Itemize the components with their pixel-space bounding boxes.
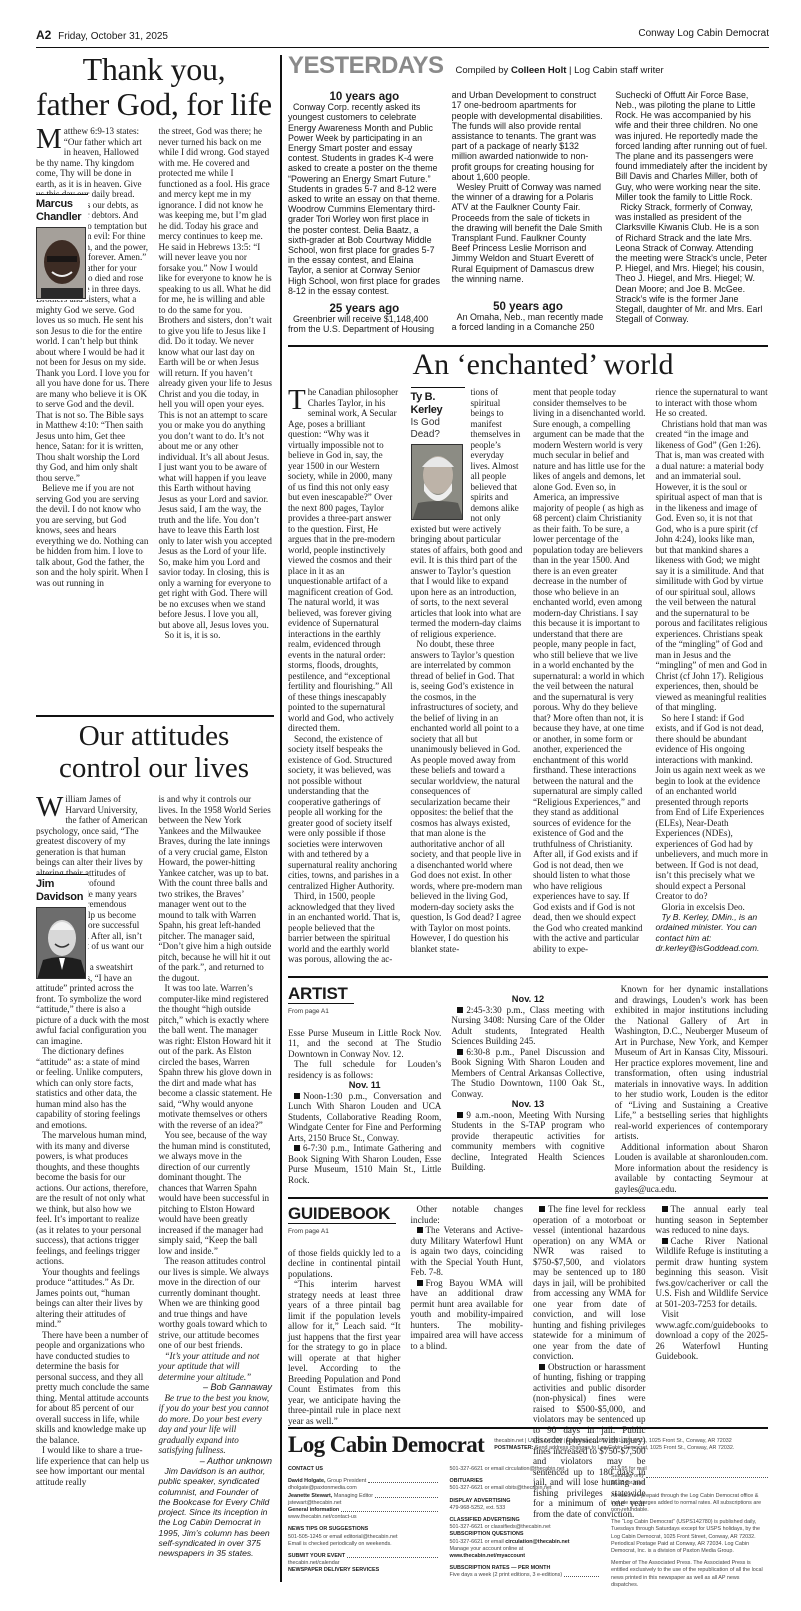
paragraph: An Omaha, Neb., man recently made a forc… <box>615 90 768 202</box>
section-divider <box>288 1427 768 1429</box>
contact-entry: General information <box>288 1507 438 1514</box>
yesterdays-column: An Omaha, Neb., man recently made a forc… <box>615 90 768 334</box>
bullet-icon <box>662 1238 668 1244</box>
contact-heading: OBITUARIES <box>450 1478 600 1485</box>
author-name: Ty B.Kerley <box>411 391 465 417</box>
bullet-icon <box>539 1364 545 1370</box>
article-enchanted-world: An ‘enchanted’ world The Canadian philos… <box>288 345 768 965</box>
newspaper-logo: Log Cabin Democrat <box>288 1432 484 1458</box>
paragraph: Believe me if you are not serving God yo… <box>36 483 150 588</box>
pull-quote: Be true to the best you know, if you do … <box>159 1393 273 1456</box>
article-attitudes: Our attitudes control our lives William … <box>36 720 272 1559</box>
contact-column: CONTACT US David Holgate, Group Presiden… <box>288 1466 438 1589</box>
artist-jump-story: ARTIST From page A1 Esse Purse Museum in… <box>288 984 768 1194</box>
paragraph: No doubt, these three answers to Taylor’… <box>411 639 524 954</box>
paragraph: The reason attitudes control our lives i… <box>159 1256 273 1351</box>
folio-paper-name: Conway Log Cabin Democrat <box>638 28 769 39</box>
bullet-icon <box>457 1049 463 1055</box>
paragraph: The full schedule for Louden’s residency… <box>288 1059 441 1080</box>
headline-line-1: Thank you, <box>83 51 226 87</box>
article-column: the street, God was there; he never turn… <box>159 126 273 641</box>
section-divider <box>288 976 768 978</box>
contact-text: 501-327-6621 or classifieds@thecabin.net <box>450 1524 600 1531</box>
postmaster-note: POSTMASTER: Send address changes to Log … <box>494 1445 734 1452</box>
page-number: A2 <box>36 28 51 42</box>
jump-label: GUIDEBOOK <box>288 1204 396 1224</box>
paragraph: Additional information about Sharon Loud… <box>615 1142 768 1195</box>
date-heading: Nov. 11 <box>288 1080 441 1091</box>
fine-print: Member of The Associated Press. The Asso… <box>611 1560 768 1589</box>
author-photo <box>36 907 86 979</box>
contact-heading: SUBSCRIPTION QUESTIONS <box>450 1531 600 1538</box>
paragraph: is and why it controls our lives. In the… <box>159 794 273 983</box>
yesterdays-column: 10 years ago Conway Corp. recently asked… <box>288 90 441 334</box>
paragraph: Third, in 1500, people acknowledged that… <box>288 891 401 965</box>
paragraph: of those fields quickly led to a decline… <box>288 1248 401 1280</box>
contact-heading: CLASSIFIED ADVERTISING <box>450 1517 600 1524</box>
contact-text: Manage your account online at www.thecab… <box>450 1546 600 1560</box>
quote-attribution: – Bob Gannaway <box>159 1382 273 1393</box>
years-ago-heading: 10 years ago <box>288 92 441 102</box>
paragraph: Greenbrier will receive $1,148,400 from … <box>288 314 441 334</box>
article-column: ment that people today consider themselv… <box>533 387 646 965</box>
contact-heading: DISPLAY ADVERTISING <box>450 1498 600 1505</box>
pull-quote: “It’s your attitude and not your aptitud… <box>159 1351 273 1383</box>
author-name: MarcusChandler <box>36 198 88 224</box>
quote-attribution: – Author unknown <box>159 1456 273 1467</box>
paragraph: Your thoughts and feelings produce “atti… <box>36 1267 150 1330</box>
notes-column: $13.95 for mail Saturday only $6.95 for … <box>611 1466 768 1589</box>
article-column: The Canadian philosopher Charles Taylor,… <box>288 387 401 965</box>
contact-entry: Jeanette Stewart, Managing Editor <box>288 1493 438 1500</box>
contact-entry: David Holgate, Group President <box>288 1478 438 1485</box>
article-column: Known for her dynamic installations and … <box>615 984 768 1194</box>
paragraph: An Omaha, Neb., man recently made a forc… <box>452 312 605 332</box>
section-divider <box>288 1197 768 1199</box>
bullet-icon <box>662 1206 668 1212</box>
article-thank-you: Thank you, father God, for life Matthew … <box>36 52 272 641</box>
paragraph: the street, God was there; he never turn… <box>159 126 273 630</box>
author-name: JimDavidson <box>36 878 88 904</box>
paragraph: ment that people today consider themselv… <box>533 387 646 954</box>
byline-jim-davidson: JimDavidson <box>36 874 88 982</box>
author-tagline: Jim Davidson is an author, public speake… <box>159 1466 273 1559</box>
article-column: Ty B.Kerley Is God Dead? tions of spirit… <box>411 387 524 965</box>
masthead-box: Log Cabin Democrat thecabin.net | USPS 1… <box>288 1432 768 1589</box>
article-headline: Our attitudes control our lives <box>36 720 272 784</box>
bullet-icon <box>457 1007 463 1013</box>
article-headline: An ‘enchanted’ world <box>318 347 768 383</box>
paragraph: Christians hold that man was created “in… <box>656 419 769 713</box>
paragraph: Esse Purse Museum in Little Rock Nov. 11… <box>288 1028 441 1060</box>
author-portrait-icon <box>412 445 463 520</box>
paragraph: The marvelous human mind, with its many … <box>36 1130 150 1267</box>
contact-heading: NEWS TIPS OR SUGGESTIONS <box>288 1526 438 1533</box>
headline-line-1: Our attitudes <box>79 720 230 752</box>
contact-text: Email is checked periodically on weekend… <box>288 1541 438 1548</box>
author-portrait-icon <box>37 228 86 299</box>
article-column: Nov. 12 2:45-3:30 p.m., Class meeting wi… <box>451 984 604 1194</box>
years-ago-heading: 25 years ago <box>288 304 441 314</box>
paragraph: Known for her dynamic installations and … <box>615 984 768 1142</box>
yesterdays-column: Greenbrier will receive $1,148,400 from … <box>452 90 605 334</box>
contact-heading: SUBMIT YOUR EVENT <box>288 1553 438 1560</box>
bullet-icon <box>417 1280 423 1286</box>
bullet-icon <box>294 1093 300 1099</box>
article-column: rience the supernatural to want to inter… <box>656 387 769 965</box>
author-photo <box>36 227 86 299</box>
jump-label: ARTIST <box>288 984 354 1004</box>
rate-price: $13.95 for mail <box>611 1466 768 1473</box>
bullet-icon <box>417 1227 423 1233</box>
contact-heading: SUBSCRIPTION RATES — PER MONTH <box>450 1565 600 1572</box>
paragraph: So it is, it is so. <box>159 630 273 641</box>
contact-email[interactable]: jstewart@thecabin.net <box>288 1500 438 1507</box>
article-headline: Thank you, father God, for life <box>36 52 272 122</box>
page-folio: A2 Friday, October 31, 2025 Conway Log C… <box>36 28 769 48</box>
paragraph: So here I stand: if God exists, and if G… <box>656 713 769 902</box>
author-photo <box>411 444 463 520</box>
contact-link[interactable]: thecabin.net/calendar <box>288 1560 438 1567</box>
paragraph: Other notable changes include: <box>411 1204 524 1225</box>
date-heading: Nov. 12 <box>451 994 604 1005</box>
paragraph: I would like to share a true-life experi… <box>36 1445 150 1487</box>
drop-cap: W <box>36 796 63 818</box>
section-title: YESTERDAYS <box>288 52 444 79</box>
bullet-icon <box>539 1206 545 1212</box>
jump-from: From page A1 <box>288 1007 441 1018</box>
paragraph: Conway Corp. recently asked its youngest… <box>288 102 441 296</box>
contact-link[interactable]: www.thecabin.net/contact-us <box>288 1514 438 1521</box>
headline-line-2: control our lives <box>59 752 249 784</box>
fine-print: All rates are prepaid through the Log Ca… <box>611 1493 768 1515</box>
article-column: is and why it controls our lives. In the… <box>159 794 273 1559</box>
paragraph: The dictionary defines “attitude” as: a … <box>36 1046 150 1130</box>
paragraph: Second, the existence of society itself … <box>288 734 401 892</box>
paragraph: There have been a number of people and o… <box>36 1330 150 1446</box>
contact-text: 479-968-5252, ext. 533 <box>450 1505 600 1512</box>
contact-text: 501-327-6621 or email circulation@thecab… <box>450 1539 600 1546</box>
paragraph: You see, because of the way the human mi… <box>159 1130 273 1256</box>
years-ago-heading: 50 years ago <box>452 302 605 312</box>
author-tagline: Ty B. Kerley, DMin., is an ordained mini… <box>656 912 769 953</box>
jump-from: From page A1 <box>288 1227 401 1238</box>
fine-print: The “Log Cabin Democrat” (USPS142780) is… <box>611 1519 768 1555</box>
contact-text: 501-505-1245 or email editorial@thecabin… <box>288 1534 438 1541</box>
headline-line-2: father God, for life <box>36 86 272 122</box>
yesterdays-header: YESTERDAYS Compiled by Colleen Holt | Lo… <box>288 52 768 80</box>
column-name: Is God Dead? <box>411 417 465 441</box>
rate-price: $6.95 for mail <box>611 1480 768 1487</box>
paragraph: Ricky Strack, formerly of Conway, was in… <box>615 202 768 324</box>
folio-date: Friday, October 31, 2025 <box>58 31 168 42</box>
masthead-info: thecabin.net | USPS 142780 | Established… <box>494 1438 734 1445</box>
contact-column: 501-327-6621 or email circulation@thecab… <box>450 1466 600 1589</box>
contact-email[interactable]: dholgate@paxtonmedia.com <box>288 1485 438 1492</box>
byline-marcus-chandler: MarcusChandler <box>36 194 88 300</box>
contact-text: 501-327-6621 or email circulation@thecab… <box>450 1466 600 1473</box>
column-divider <box>280 55 282 1582</box>
rate-line: Five days a week (2 print editions, 3 e-… <box>450 1572 600 1579</box>
drop-cap: T <box>288 389 306 411</box>
contact-text: 501-327-6621 or email obits@thecabin.net <box>450 1485 600 1492</box>
rate-line: Saturday only <box>611 1473 768 1480</box>
yesterdays-section: YESTERDAYS Compiled by Colleen Holt | Lo… <box>288 52 768 334</box>
author-portrait-icon <box>37 908 86 979</box>
compiled-by: Compiled by Colleen Holt | Log Cabin sta… <box>456 65 664 76</box>
byline-ty-kerley: Ty B.Kerley Is God Dead? <box>411 387 465 520</box>
date-heading: Nov. 13 <box>451 1099 604 1110</box>
section-divider <box>36 715 274 717</box>
paragraph: Visit www.agfc.com/guidebooks to downloa… <box>656 1309 769 1362</box>
paragraph: he Canadian philosopher Charles Taylor, … <box>288 387 398 733</box>
paragraph: Wesley Pruitt of Conway was named the wi… <box>452 182 605 284</box>
bullet-icon <box>294 1145 300 1151</box>
paragraph: rience the supernatural to want to inter… <box>656 387 769 419</box>
drop-cap: M <box>36 128 62 150</box>
paragraph: Gloria in excelsis Deo. <box>656 902 769 913</box>
bullet-icon <box>457 1112 463 1118</box>
paragraph: It was too late. Warren’s computer-like … <box>159 983 273 1130</box>
paragraph: Greenbrier will receive $1,148,400 from … <box>452 90 605 182</box>
contact-heading: CONTACT US <box>288 1466 438 1473</box>
paragraph: “This interim harvest strategy needs at … <box>288 1279 401 1426</box>
contact-heading: NEWSPAPER DELIVERY SERVICES <box>288 1567 438 1574</box>
article-column: ARTIST From page A1 Esse Purse Museum in… <box>288 984 441 1194</box>
